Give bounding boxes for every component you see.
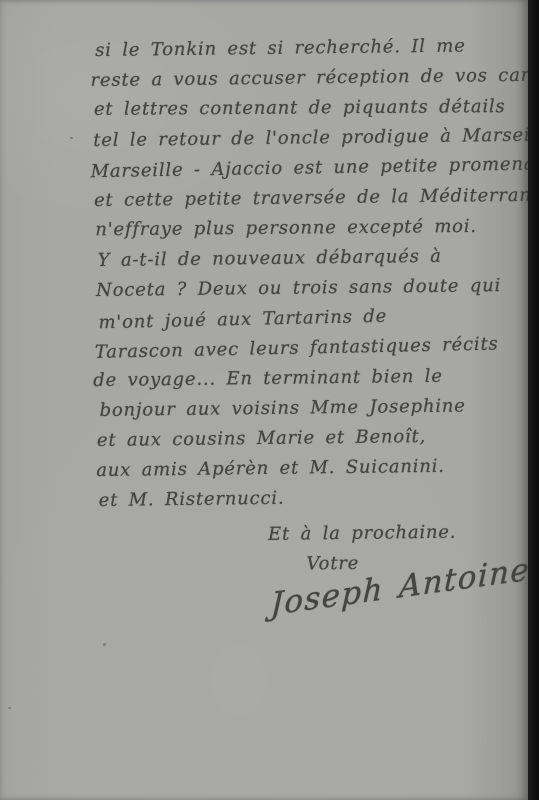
closing-line: Et à la prochaine. [268,517,533,550]
scanned-letter-page: si le Tonkin est si recherché. Il me res… [0,0,539,800]
scan-speck [103,643,106,646]
letter-paper: si le Tonkin est si recherché. Il me res… [0,0,529,800]
scanner-bed-border [528,0,539,800]
letter-line: reste a vous accuser réception de vos ca… [90,61,527,96]
scan-speck [210,408,212,410]
handwritten-text-block: si le Tonkin est si recherché. Il me res… [95,31,534,622]
letter-line: n'effraye plus personne excepté moi. [95,211,529,245]
scan-speck [8,707,11,709]
letter-line: et lettres contenant de piquants détails [94,92,528,125]
letter-line: et M. Risternucci. [98,481,532,516]
scan-speck [70,137,73,139]
